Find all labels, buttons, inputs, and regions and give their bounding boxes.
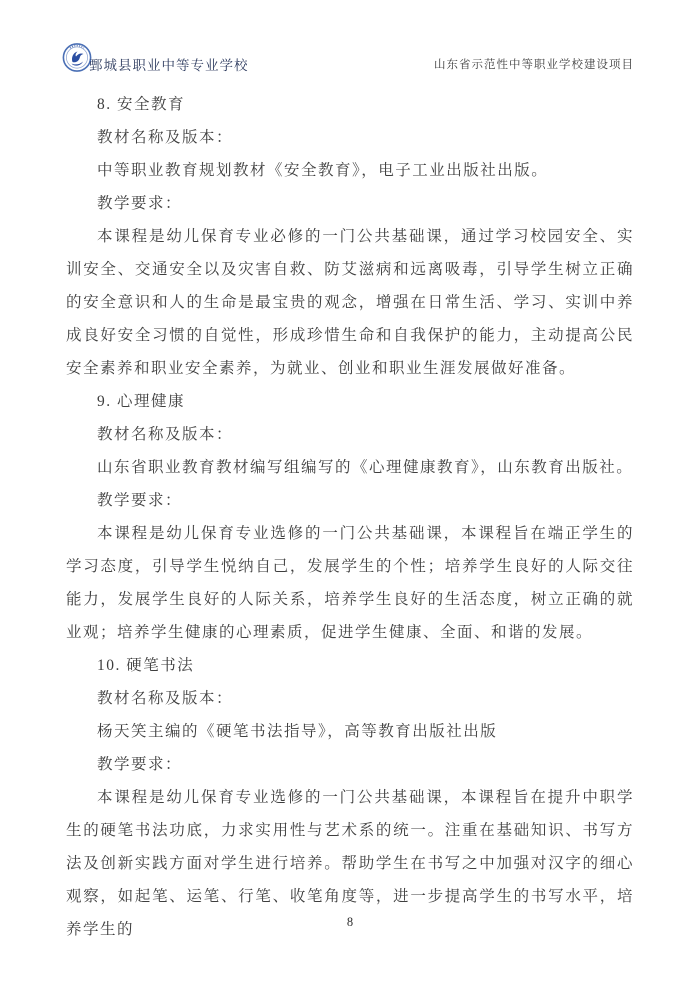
page-header: 鄄城县职业中等专业学校 山东省示范性中等职业学校建设项目 <box>62 42 634 75</box>
section-heading: 8. 安全教育 <box>66 88 634 121</box>
document-page: 鄄城县职业中等专业学校 山东省示范性中等职业学校建设项目 8. 安全教育 教材名… <box>0 0 700 990</box>
page-number: 8 <box>347 915 353 929</box>
material-text: 山东省职业教育教材编写组编写的《心理健康教育》，山东教育出版社。 <box>66 451 634 484</box>
section-heading: 9. 心理健康 <box>66 385 634 418</box>
header-project-name: 山东省示范性中等职业学校建设项目 <box>434 60 634 76</box>
requirement-label: 教学要求： <box>66 484 634 517</box>
material-label: 教材名称及版本： <box>66 418 634 451</box>
requirement-text: 本课程是幼儿保育专业必修的一门公共基础课，通过学习校园安全、实训安全、交通安全以… <box>66 220 634 385</box>
requirement-text: 本课程是幼儿保育专业选修的一门公共基础课，本课程旨在端正学生的学习态度，引导学生… <box>66 517 634 649</box>
material-text: 杨天笑主编的《硬笔书法指导》，高等教育出版社出版 <box>66 715 634 748</box>
material-label: 教材名称及版本： <box>66 121 634 154</box>
document-body: 8. 安全教育 教材名称及版本： 中等职业教育规划教材《安全教育》，电子工业出版… <box>66 88 634 946</box>
header-school-name: 鄄城县职业中等专业学校 <box>89 59 249 76</box>
section-heading: 10. 硬笔书法 <box>66 649 634 682</box>
page-footer: 8 <box>0 915 700 930</box>
material-label: 教材名称及版本： <box>66 682 634 715</box>
requirement-label: 教学要求： <box>66 748 634 781</box>
material-text: 中等职业教育规划教材《安全教育》，电子工业出版社出版。 <box>66 154 634 187</box>
requirement-label: 教学要求： <box>66 187 634 220</box>
